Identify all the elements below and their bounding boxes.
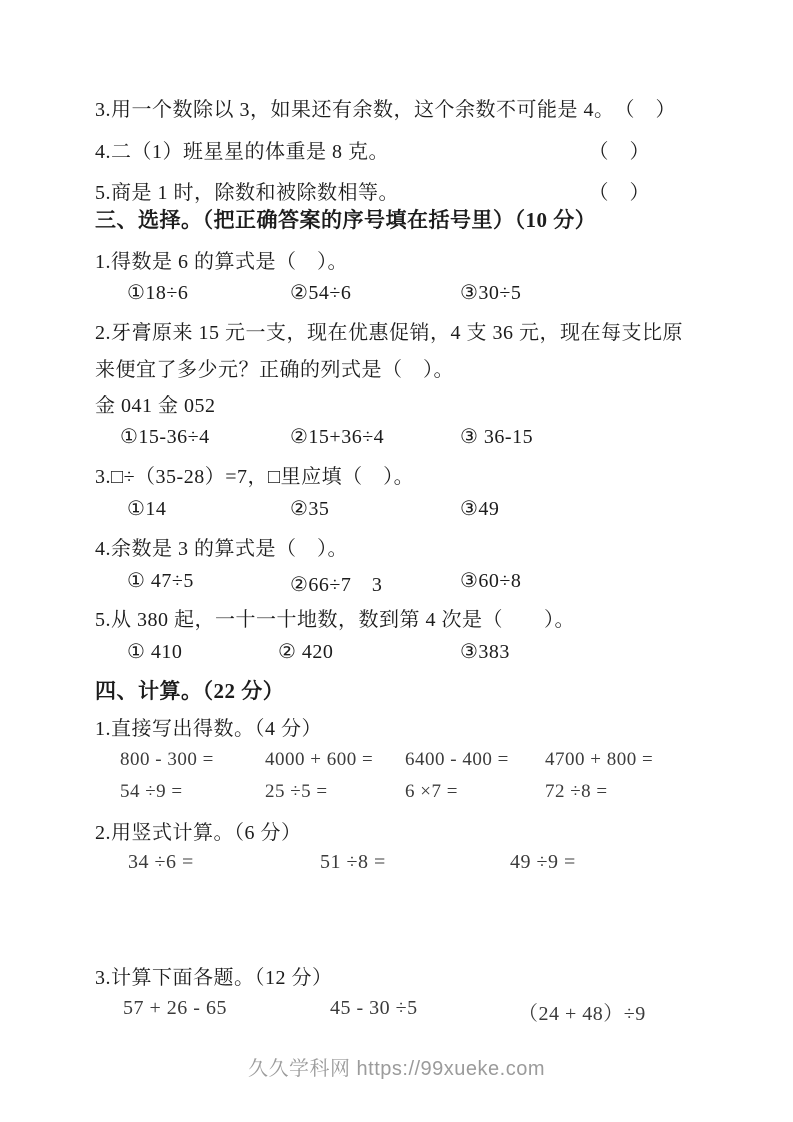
subsection-title: 1.直接写出得数。（4 分） [95, 712, 650, 741]
question-stem-continued: 来便宜了多少元？正确的列式是（ ）。 [95, 353, 650, 382]
option: ③383 [460, 639, 510, 664]
calc-item: 6 ×7 = [405, 781, 458, 803]
calc-item: 49 ÷9 = [510, 851, 576, 874]
calc-item: 25 ÷5 = [265, 781, 328, 803]
subsection-title: 2.用竖式计算。（6 分） [95, 816, 650, 845]
option: ③ 36-15 [460, 424, 533, 449]
question-stem: 1.得数是 6 的算式是（ ）。 [95, 245, 650, 274]
judge-item-text: 5.商是 1 时，除数和被除数相等。 [95, 176, 399, 205]
option: ③60÷8 [460, 568, 521, 593]
option: ①15-36÷4 [120, 424, 210, 449]
calc-item: 34 ÷6 = [128, 851, 194, 874]
answer-parens: （ ） [589, 135, 651, 164]
option: ③49 [460, 496, 499, 521]
calc-item: 72 ÷8 = [545, 781, 608, 803]
option: ②54÷6 [290, 280, 351, 305]
calc-item: 4700 + 800 = [545, 749, 653, 771]
calc-item: 6400 - 400 = [405, 749, 509, 771]
judge-item: 5.商是 1 时，除数和被除数相等。 （ ） [95, 176, 650, 205]
judge-item: 4.二（1）班星星的体重是 8 克。 （ ） [95, 135, 650, 164]
answer-parens: （ ） [615, 93, 677, 122]
option: ①14 [127, 496, 166, 521]
section-heading-calculation: 四、计算。（22 分） [95, 675, 650, 705]
answer-parens: （ ） [589, 176, 651, 205]
judge-item-text: 3.用一个数除以 3，如果还有余数，这个余数不可能是 4。 [95, 93, 615, 122]
question-stem: 4.余数是 3 的算式是（ ）。 [95, 532, 650, 561]
question-artifact-text: 金 041 金 052 [95, 389, 650, 418]
option: ③30÷5 [460, 280, 521, 305]
calc-item: 800 - 300 = [120, 749, 214, 771]
calc-item: 51 ÷8 = [320, 851, 386, 874]
site-watermark: 久久学科网 https://99xueke.com [0, 1052, 793, 1081]
option: ②35 [290, 496, 329, 521]
subsection-title: 3.计算下面各题。（12 分） [95, 961, 650, 990]
calc-item: 54 ÷9 = [120, 781, 183, 803]
question-stem: 5.从 380 起，一十一十地数，数到第 4 次是（ ）。 [95, 603, 650, 632]
question-stem: 3.□÷（35-28）=7，□里应填（ ）。 [95, 460, 650, 489]
option: ② 420 [278, 639, 333, 664]
section-heading-choice: 三、选择。（把正确答案的序号填在括号里）（10 分） [95, 204, 650, 234]
calc-item: （24 + 48）÷9 [518, 997, 646, 1026]
option: ① 47÷5 [127, 568, 194, 593]
option: ① 410 [127, 639, 182, 664]
judge-item-text: 4.二（1）班星星的体重是 8 克。 [95, 135, 389, 164]
calc-item: 4000 + 600 = [265, 749, 373, 771]
option: ①18÷6 [127, 280, 188, 305]
option: ②15+36÷4 [290, 424, 384, 449]
option: ②66÷7 3 [290, 568, 382, 597]
question-stem: 2.牙膏原来 15 元一支，现在优惠促销，4 支 36 元，现在每支比原 [95, 316, 650, 345]
exam-page: 3.用一个数除以 3，如果还有余数，这个余数不可能是 4。 （ ） 4.二（1）… [0, 0, 793, 1122]
calc-item: 45 - 30 ÷5 [330, 997, 418, 1020]
judge-item: 3.用一个数除以 3，如果还有余数，这个余数不可能是 4。 （ ） [95, 93, 650, 122]
calc-item: 57 + 26 - 65 [123, 997, 227, 1020]
